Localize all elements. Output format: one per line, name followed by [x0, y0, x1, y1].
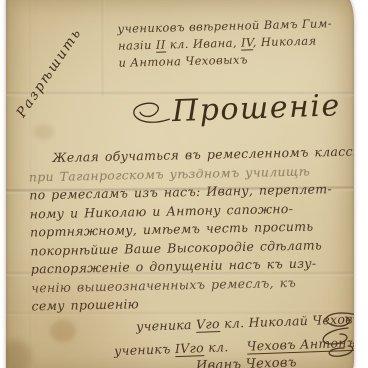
header-text: , Николая: [252, 34, 316, 50]
paper-crease: [102, 0, 105, 96]
signature-text: ученикъ: [114, 341, 175, 358]
paper-stain: [6, 340, 32, 368]
petition-body: Желая обучаться въ ремесленномъ классѣ п…: [28, 143, 354, 316]
petitioners-header: учениковъ ввѣренной Вамъ Гим- назіи II к…: [117, 15, 333, 72]
signature-line-partial: Иванъ Чеховъ: [196, 355, 297, 368]
signature-text: кл.: [204, 339, 233, 355]
scanned-document-photo: Разрѣшить учениковъ ввѣренной Вамъ Гим- …: [0, 0, 368, 368]
document-title-row: Прошеніе: [123, 88, 341, 131]
class-numeral: IVго: [175, 340, 205, 357]
class-numeral: II: [156, 38, 166, 53]
class-numeral: IV: [241, 35, 253, 50]
document-title: Прошеніе: [171, 88, 341, 129]
paper-stain: [50, 320, 76, 342]
margin-resolution-note: Разрѣшить: [13, 25, 85, 121]
signature-flourish: [304, 310, 354, 360]
header-text: кл. Ивана,: [166, 36, 242, 52]
paper-stain: [34, 124, 54, 140]
document-paper: Разрѣшить учениковъ ввѣренной Вамъ Гим- …: [6, 0, 354, 368]
signature-text: кл.: [220, 315, 249, 331]
signature-text: ученика: [136, 317, 196, 334]
class-numeral: Vго: [196, 316, 220, 333]
title-flourish-swash: [124, 98, 171, 128]
header-text: назіи: [118, 38, 156, 53]
